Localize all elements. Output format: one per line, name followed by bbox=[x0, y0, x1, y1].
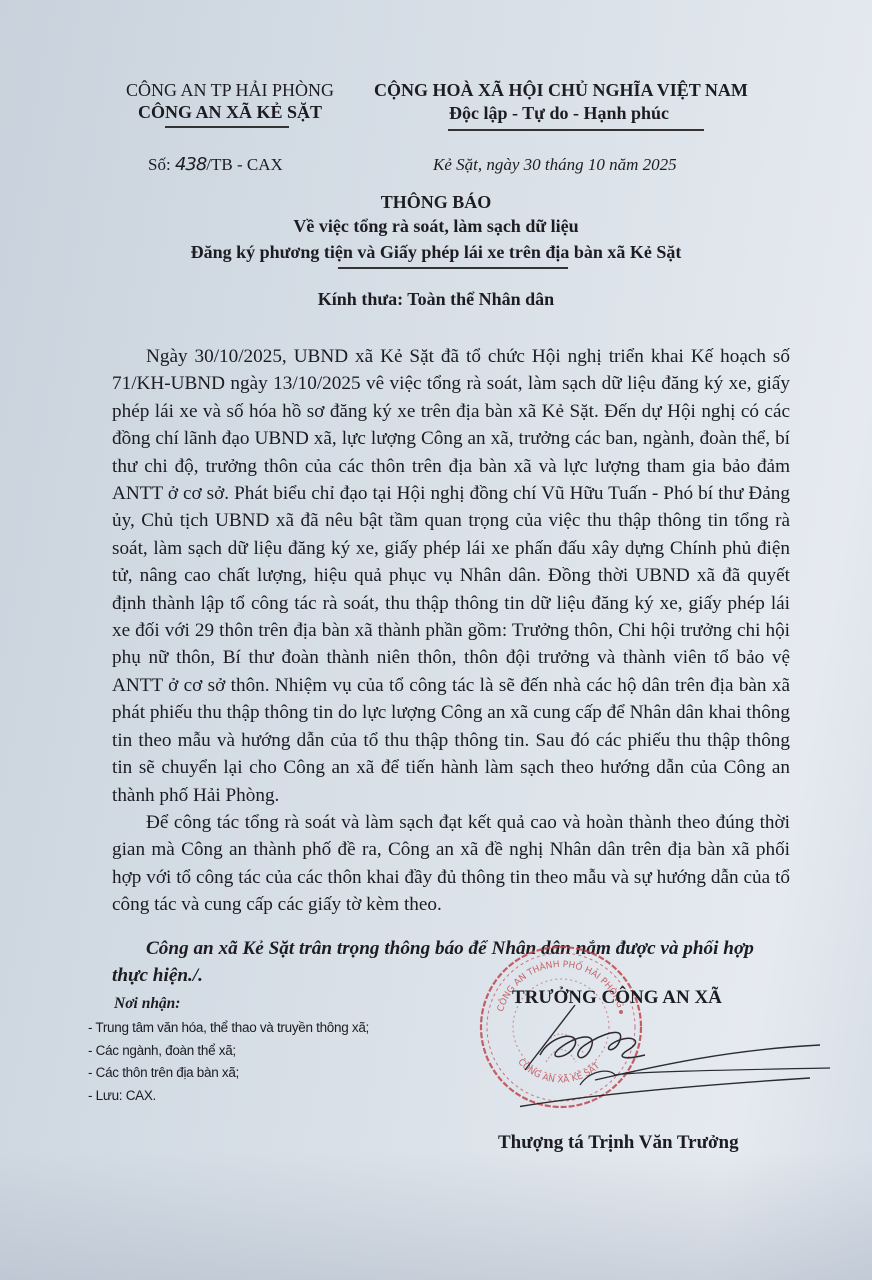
closing-statement: Công an xã Kẻ Sặt trân trọng thông báo đ… bbox=[112, 935, 812, 990]
body-paragraph-2: Để công tác tổng rà soát và làm sạch đạt… bbox=[112, 809, 790, 919]
photo-shadow bbox=[0, 1150, 872, 1280]
document-subtitle-1: Về việc tổng rà soát, làm sạch dữ liệu bbox=[0, 216, 872, 237]
document-number: Số: 438/TB - CAX bbox=[148, 154, 283, 175]
body-paragraph-1: Ngày 30/10/2025, UBND xã Kẻ Sặt đã tổ ch… bbox=[112, 343, 790, 809]
agency-name: CÔNG AN XÃ KẺ SẶT bbox=[115, 101, 345, 123]
agency-parent: CÔNG AN TP HẢI PHÒNG bbox=[115, 79, 345, 101]
recipients-list: - Trung tâm văn hóa, thể thao và truyền … bbox=[88, 1017, 369, 1107]
number-prefix: Số: bbox=[148, 155, 175, 174]
signer-name: Thượng tá Trịnh Văn Trưởng bbox=[498, 1132, 739, 1154]
recipient-item: - Trung tâm văn hóa, thể thao và truyền … bbox=[88, 1017, 369, 1040]
number-suffix: /TB - CAX bbox=[206, 155, 283, 174]
closing-line-2: thực hiện./. bbox=[112, 962, 812, 989]
motto-underline bbox=[448, 129, 704, 131]
document-subtitle-2: Đăng ký phương tiện và Giấy phép lái xe … bbox=[0, 242, 872, 263]
recipient-item: - Các thôn trên địa bàn xã; bbox=[88, 1062, 369, 1085]
recipient-item: - Các ngành, đoàn thể xã; bbox=[88, 1040, 369, 1063]
nation-name: CỘNG HOÀ XÃ HỘI CHỦ NGHĨA VIỆT NAM bbox=[374, 80, 748, 101]
document-title: THÔNG BÁO bbox=[0, 192, 872, 213]
body-text: Ngày 30/10/2025, UBND xã Kẻ Sặt đã tổ ch… bbox=[112, 343, 790, 919]
national-motto: Độc lập - Tự do - Hạnh phúc bbox=[449, 103, 669, 124]
document-page: CÔNG AN TP HẢI PHÒNG CÔNG AN XÃ KẺ SẶT C… bbox=[0, 0, 872, 1280]
recipients-heading: Nơi nhận: bbox=[114, 995, 180, 1013]
title-underline bbox=[338, 267, 568, 269]
recipient-item: - Lưu: CAX. bbox=[88, 1085, 369, 1108]
salutation: Kính thưa: Toàn thể Nhân dân bbox=[0, 289, 872, 310]
number-handwritten: 438 bbox=[175, 154, 206, 175]
closing-line-1: Công an xã Kẻ Sặt trân trọng thông báo đ… bbox=[112, 935, 812, 962]
agency-underline bbox=[165, 126, 289, 128]
place-date: Kẻ Sặt, ngày 30 tháng 10 năm 2025 bbox=[433, 155, 677, 175]
handwritten-signature-icon bbox=[520, 1000, 840, 1130]
